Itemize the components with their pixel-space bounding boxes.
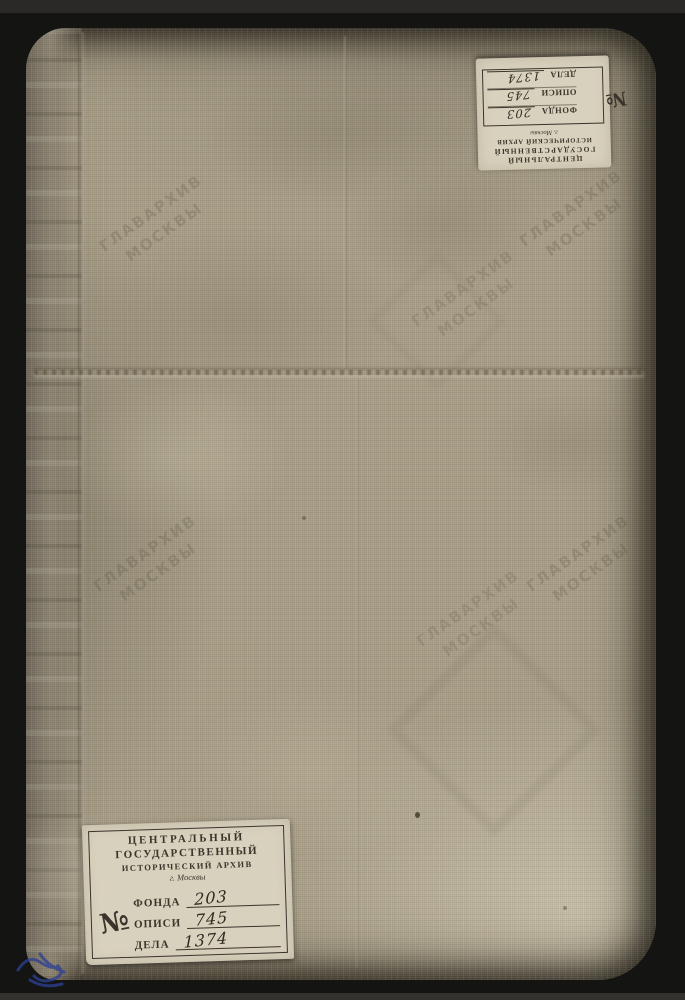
blue-thread-mark [8,938,108,993]
label-frame: ЦЕНТРАЛЬНЫЙ ГОСУДАРСТВЕННЫЙ ИСТОРИЧЕСКИЙ… [88,825,288,959]
archive-name: ЦЕНТРАЛЬНЫЙ ГОСУДАРСТВЕННЫЙ ИСТОРИЧЕСКИЙ… [477,126,611,171]
delo-value-line: 1374 [175,925,281,950]
glavarkhiv-watermark: ГЛАВАРХИВМОСКВЫ [87,164,228,282]
horizontal-seam [34,370,644,375]
glavarkhiv-watermark: ГЛАВАРХИВМОСКВЫ [507,159,648,277]
dark-speck [302,516,306,520]
delo-field-label: ДЕЛА [134,938,175,951]
opis-row: ОПИСИ 745 [487,87,576,107]
glavarkhiv-watermark: ГЛАВАРХИВМОСКВЫ [81,504,222,622]
fond-value-line: 203 [488,107,536,126]
delo-value: 1374 [507,69,540,86]
number-sign: № [97,905,132,941]
vertical-crease-lower [356,378,359,968]
book-spine [26,28,82,980]
photo-top-strip [0,0,685,13]
number-sign: № [604,87,628,112]
opis-value-line: 745 [487,89,535,108]
photo-of-archive-book-cover: ГЛАВАРХИВМОСКВЫ ГЛАВАРХИВМОСКВЫ ГЛАВАРХИ… [0,0,685,1000]
opis-value: 745 [506,88,531,104]
delo-value: 1374 [183,928,228,952]
archive-label-top-inverted: ЦЕНТРАЛЬНЫЙ ГОСУДАРСТВЕННЫЙ ИСТОРИЧЕСКИЙ… [476,55,612,170]
glavarkhiv-watermark: ГЛАВАРХИВМОСКВЫ [514,504,655,622]
delo-value-line: 1374 [487,70,544,89]
photo-bottom-strip [0,993,685,1000]
fond-row: ФОНДА 203 [488,105,577,125]
vertical-crease-upper [344,36,347,368]
fond-field-label: ФОНДА [133,896,187,910]
diamond-imprint-large [387,623,602,838]
dark-speck [563,906,567,910]
fond-field-label: ФОНДА [535,106,577,117]
label-table: № ФОНДА 203 ОПИСИ 745 ДЕЛА 1374 [482,67,604,127]
delo-field-label: ДЕЛА [544,70,577,81]
delo-row: ДЕЛА 1374 [487,70,576,89]
dark-speck [415,812,420,818]
fond-value: 203 [506,106,531,122]
archive-label-bottom: ЦЕНТРАЛЬНЫЙ ГОСУДАРСТВЕННЫЙ ИСТОРИЧЕСКИЙ… [82,819,294,965]
opis-field-label: ОПИСИ [535,88,577,99]
